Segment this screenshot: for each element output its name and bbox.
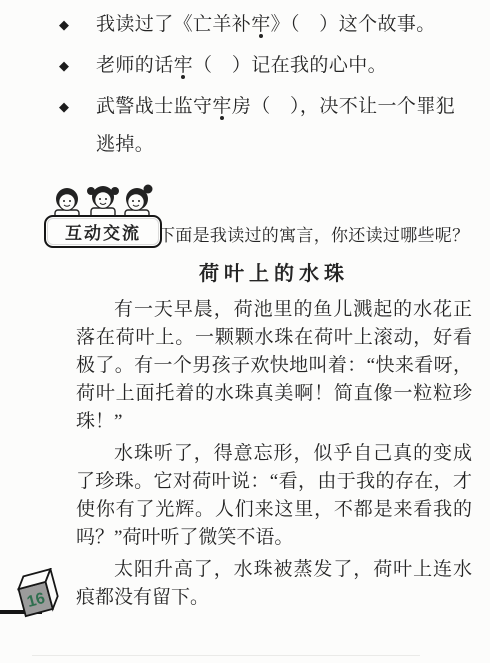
sentence-text: 武警战士监守牢房（ ），决不让一个罪犯逃掉。 (96, 88, 463, 164)
story-paragraph: 太阳升高了，水珠被蒸发了，荷叶上连水痕都没有留下。 (76, 556, 472, 612)
sentence-segment: 我读过了《亡羊补 (96, 14, 251, 35)
textbook-page: ◆ 我读过了《亡羊补牢》（ ）这个故事。 ◆ 老师的话牢（ ）记在我的心中。 ◆… (0, 0, 490, 663)
page-number-cube-icon: 16 (13, 568, 65, 624)
sentence-segment: （ ）记在我的心中。 (193, 55, 387, 76)
list-item: ◆ 我读过了《亡羊补牢》（ ）这个故事。 (59, 6, 463, 44)
diamond-bullet-icon: ◆ (59, 6, 96, 44)
list-item: ◆ 老师的话牢（ ）记在我的心中。 (59, 47, 463, 85)
sentence-segment: 》（ ）这个故事。 (271, 14, 436, 35)
sentence-text: 老师的话牢（ ）记在我的心中。 (96, 47, 387, 85)
interaction-prompt: 下面是我读过的寓言，你还读过哪些呢？ (158, 221, 469, 246)
exercise-list: ◆ 我读过了《亡羊补牢》（ ）这个故事。 ◆ 老师的话牢（ ）记在我的心中。 ◆… (59, 6, 463, 167)
emphasized-char: 牢 (174, 55, 193, 76)
interaction-badge-label: 互动交流 (44, 215, 162, 248)
sentence-segment: 老师的话 (96, 55, 174, 76)
diamond-bullet-icon: ◆ (59, 47, 96, 85)
list-item: ◆ 武警战士监守牢房（ ），决不让一个罪犯逃掉。 (59, 88, 463, 164)
story-body: 有一天早晨，荷池里的鱼儿溅起的水花正落在荷叶上。一颗颗水珠在荷叶上滚动，好看极了… (76, 296, 472, 616)
emphasized-char: 牢 (251, 14, 270, 35)
sentence-text: 我读过了《亡羊补牢》（ ）这个故事。 (96, 6, 436, 44)
story-paragraph: 有一天早晨，荷池里的鱼儿溅起的水花正落在荷叶上。一颗颗水珠在荷叶上滚动，好看极了… (76, 296, 472, 436)
bottom-faint-rule (32, 655, 420, 656)
diamond-bullet-icon: ◆ (59, 88, 96, 126)
story-title: 荷叶上的水珠 (76, 257, 472, 286)
emphasized-char: 牢 (212, 96, 231, 117)
story-paragraph: 水珠听了，得意忘形，似乎自己真的变成了珍珠。它对荷叶说：“看，由于我的存在，才使… (76, 440, 472, 552)
interaction-badge: 互动交流 (44, 180, 162, 248)
sentence-segment: 武警战士监守 (96, 96, 212, 117)
